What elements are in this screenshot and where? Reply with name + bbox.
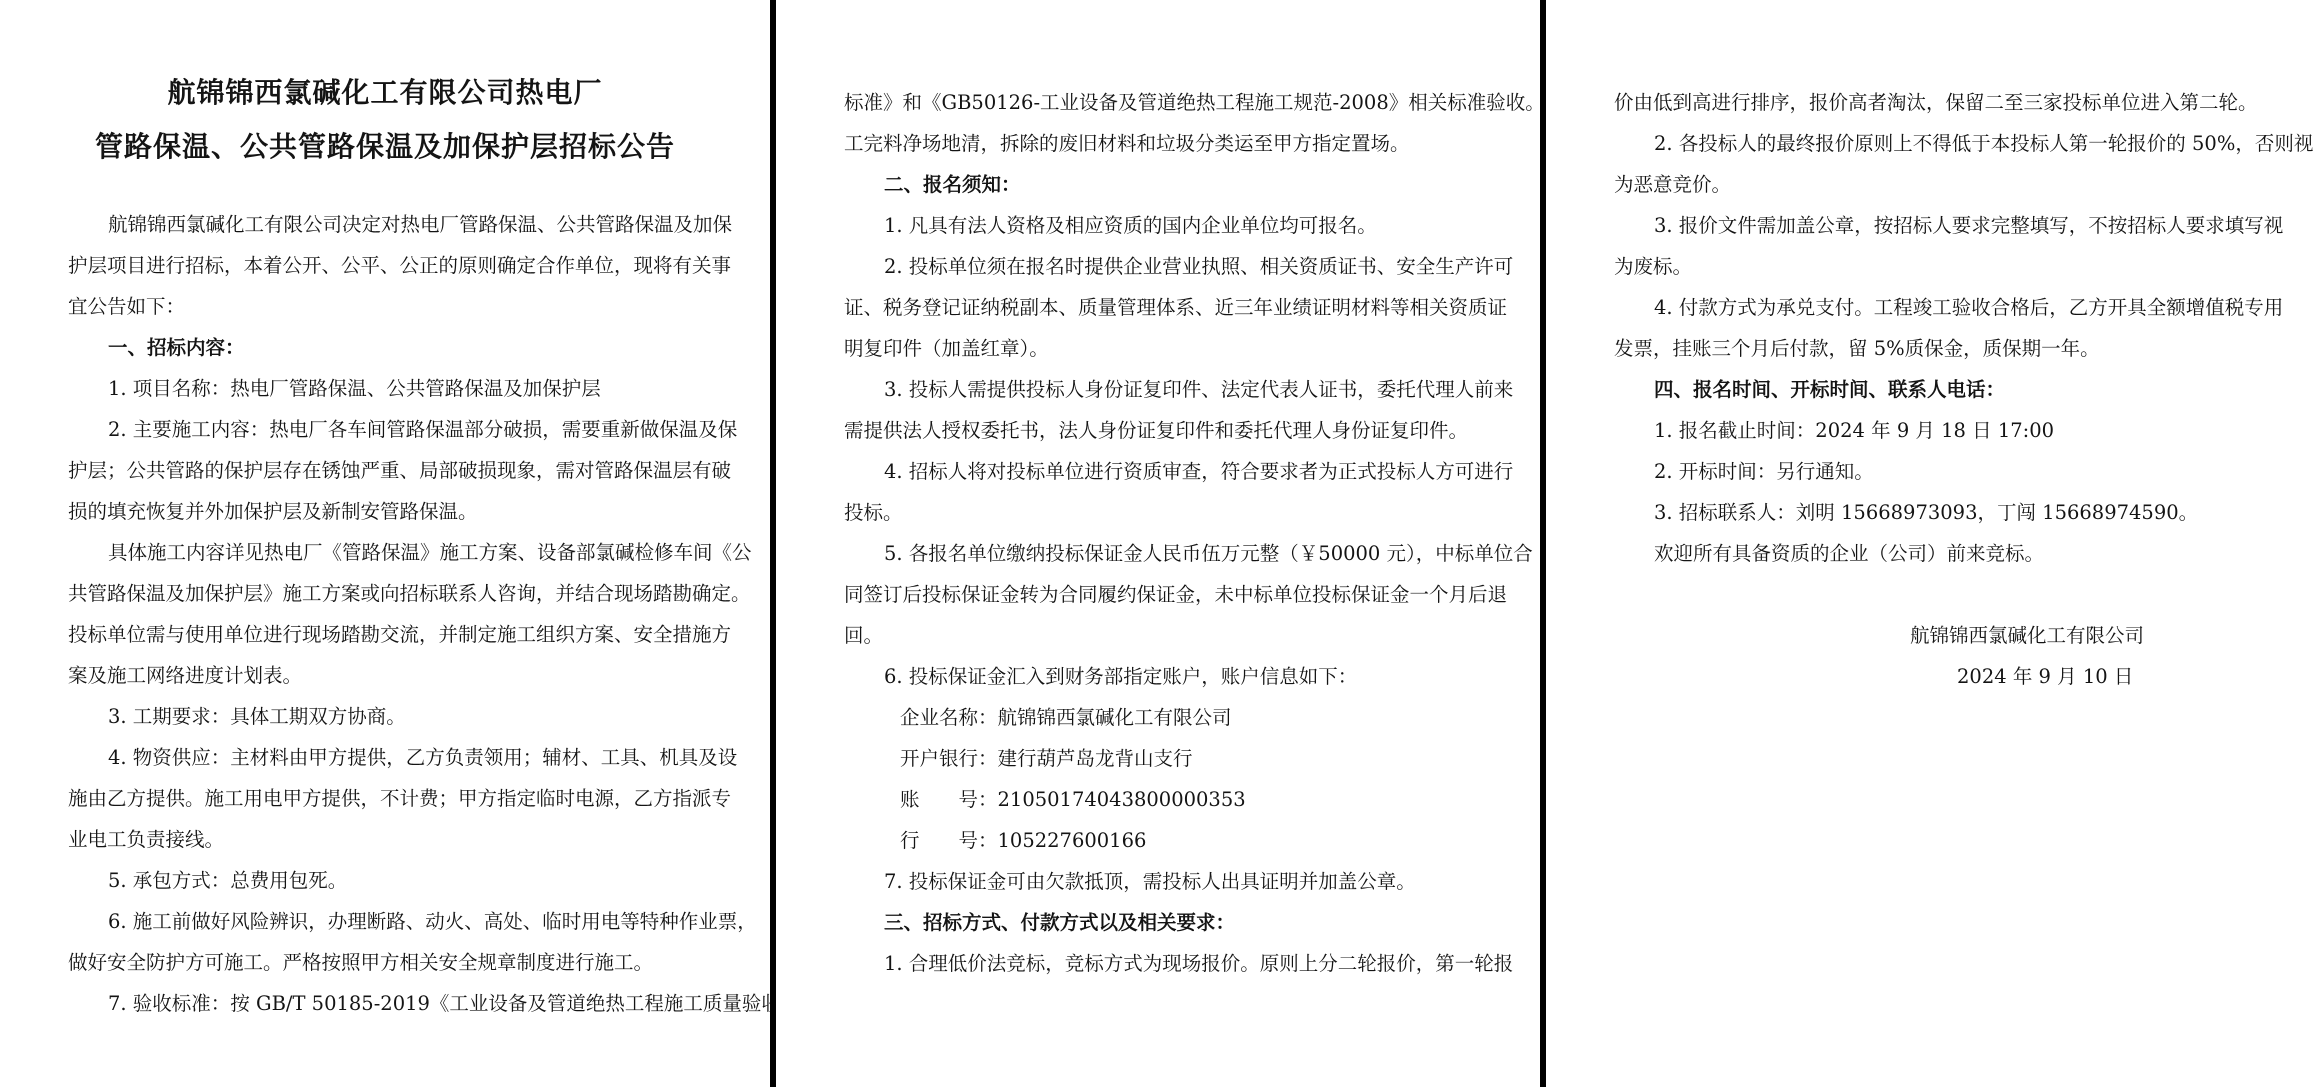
text-line: 二、报名须知： (844, 164, 1528, 205)
text-line: 4. 招标人将对投标单位进行资质审查，符合要求者为正式投标人方可进行 (844, 451, 1528, 492)
text-line: 7. 投标保证金可由欠款抵顶，需投标人出具证明并加盖公章。 (844, 861, 1528, 902)
text-line: 业电工负责接线。 (68, 819, 752, 860)
text-line: 投标单位需与使用单位进行现场踏勘交流，并制定施工组织方案、安全措施方 (68, 614, 752, 655)
text-line: 宜公告如下： (68, 286, 752, 327)
text-line: 7. 验收标准：按 GB/T 50185-2019《工业设备及管道绝热工程施工质… (68, 983, 752, 1024)
text-line: 6. 投标保证金汇入到财务部指定账户，账户信息如下： (844, 656, 1528, 697)
text-line: 1. 报名截止时间：2024 年 9 月 18 日 17:00 (1614, 410, 2298, 451)
text-line: 4. 物资供应：主材料由甲方提供，乙方负责领用；辅材、工具、机具及设 (68, 737, 752, 778)
document-canvas: 航锦锦西氯碱化工有限公司热电厂 管路保温、公共管路保温及加保护层招标公告 航锦锦… (0, 0, 2313, 1087)
page-3: 价由低到高进行排序，报价高者淘汰，保留二至三家投标单位进入第二轮。2. 各投标人… (1546, 0, 2313, 1087)
text-line: 账 号：21050174043800000353 (844, 779, 1528, 820)
text-line: 3. 招标联系人：刘明 15668973093，丁闯 15668974590。 (1614, 492, 2298, 533)
text-line: 2. 主要施工内容：热电厂各车间管路保温部分破损，需要重新做保温及保 (68, 409, 752, 450)
title-line-1: 航锦锦西氯碱化工有限公司热电厂 (0, 66, 770, 120)
text-line: 2. 各投标人的最终报价原则上不得低于本投标人第一轮报价的 50%，否则视 (1614, 123, 2298, 164)
text-line: 为废标。 (1614, 246, 2298, 287)
text-line: 明复印件（加盖红章）。 (844, 328, 1528, 369)
text-line: 一、招标内容： (68, 327, 752, 368)
text-line: 2. 投标单位须在报名时提供企业营业执照、相关资质证书、安全生产许可 (844, 246, 1528, 287)
text-line: 损的填充恢复并外加保护层及新制安管路保温。 (68, 491, 752, 532)
text-line: 1. 凡具有法人资格及相应资质的国内企业单位均可报名。 (844, 205, 1528, 246)
text-line: 航锦锦西氯碱化工有限公司 (1614, 615, 2298, 656)
text-line: 欢迎所有具备资质的企业（公司）前来竞标。 (1614, 533, 2298, 574)
text-line: 需提供法人授权委托书，法人身份证复印件和委托代理人身份证复印件。 (844, 410, 1528, 451)
text-line: 3. 工期要求：具体工期双方协商。 (68, 696, 752, 737)
document-title: 航锦锦西氯碱化工有限公司热电厂 管路保温、公共管路保温及加保护层招标公告 (0, 66, 770, 174)
text-line: 5. 各报名单位缴纳投标保证金人民币伍万元整（￥50000 元），中标单位合 (844, 533, 1528, 574)
text-line: 案及施工网络进度计划表。 (68, 655, 752, 696)
text-line: 工完料净场地清，拆除的废旧材料和垃圾分类运至甲方指定置场。 (844, 123, 1528, 164)
text-line: 三、招标方式、付款方式以及相关要求： (844, 902, 1528, 943)
page-1-body: 航锦锦西氯碱化工有限公司决定对热电厂管路保温、公共管路保温及加保护层项目进行招标… (68, 204, 752, 1024)
page-3-body: 价由低到高进行排序，报价高者淘汰，保留二至三家投标单位进入第二轮。2. 各投标人… (1614, 82, 2298, 697)
page-1: 航锦锦西氯碱化工有限公司热电厂 管路保温、公共管路保温及加保护层招标公告 航锦锦… (0, 0, 770, 1087)
text-line: 护层；公共管路的保护层存在锈蚀严重、局部破损现象，需对管路保温层有破 (68, 450, 752, 491)
text-line: 3. 投标人需提供投标人身份证复印件、法定代表人证书，委托代理人前来 (844, 369, 1528, 410)
page-2: 标准》和《GB50126-工业设备及管道绝热工程施工规范-2008》相关标准验收… (776, 0, 1540, 1087)
text-line: 标准》和《GB50126-工业设备及管道绝热工程施工规范-2008》相关标准验收… (844, 82, 1528, 123)
text-line: 回。 (844, 615, 1528, 656)
text-line: 做好安全防护方可施工。严格按照甲方相关安全规章制度进行施工。 (68, 942, 752, 983)
text-line: 具体施工内容详见热电厂《管路保温》施工方案、设备部氯碱检修车间《公 (68, 532, 752, 573)
text-line: 四、报名时间、开标时间、联系人电话： (1614, 369, 2298, 410)
text-line: 2. 开标时间：另行通知。 (1614, 451, 2298, 492)
text-line: 1. 项目名称：热电厂管路保温、公共管路保温及加保护层 (68, 368, 752, 409)
page-2-body: 标准》和《GB50126-工业设备及管道绝热工程施工规范-2008》相关标准验收… (844, 82, 1528, 984)
title-line-2: 管路保温、公共管路保温及加保护层招标公告 (0, 120, 770, 174)
text-line: 投标。 (844, 492, 1528, 533)
text-line: 航锦锦西氯碱化工有限公司决定对热电厂管路保温、公共管路保温及加保 (68, 204, 752, 245)
text-line: 同签订后投标保证金转为合同履约保证金，未中标单位投标保证金一个月后退 (844, 574, 1528, 615)
text-line: 共管路保温及加保护层》施工方案或向招标联系人咨询，并结合现场踏勘确定。 (68, 573, 752, 614)
text-line: 1. 合理低价法竞标，竞标方式为现场报价。原则上分二轮报价，第一轮报 (844, 943, 1528, 984)
text-line: 价由低到高进行排序，报价高者淘汰，保留二至三家投标单位进入第二轮。 (1614, 82, 2298, 123)
text-line: 行 号：105227600166 (844, 820, 1528, 861)
text-line: 5. 承包方式：总费用包死。 (68, 860, 752, 901)
text-line: 发票，挂账三个月后付款，留 5%质保金，质保期一年。 (1614, 328, 2298, 369)
text-line (1614, 574, 2298, 615)
text-line: 证、税务登记证纳税副本、质量管理体系、近三年业绩证明材料等相关资质证 (844, 287, 1528, 328)
text-line: 为恶意竞价。 (1614, 164, 2298, 205)
text-line: 3. 报价文件需加盖公章，按招标人要求完整填写，不按招标人要求填写视 (1614, 205, 2298, 246)
text-line: 企业名称：航锦锦西氯碱化工有限公司 (844, 697, 1528, 738)
text-line: 开户银行：建行葫芦岛龙背山支行 (844, 738, 1528, 779)
text-line: 4. 付款方式为承兑支付。工程竣工验收合格后，乙方开具全额增值税专用 (1614, 287, 2298, 328)
text-line: 施由乙方提供。施工用电甲方提供，不计费；甲方指定临时电源，乙方指派专 (68, 778, 752, 819)
text-line: 2024 年 9 月 10 日 (1614, 656, 2298, 697)
text-line: 护层项目进行招标，本着公开、公平、公正的原则确定合作单位，现将有关事 (68, 245, 752, 286)
text-line: 6. 施工前做好风险辨识，办理断路、动火、高处、临时用电等特种作业票， (68, 901, 752, 942)
